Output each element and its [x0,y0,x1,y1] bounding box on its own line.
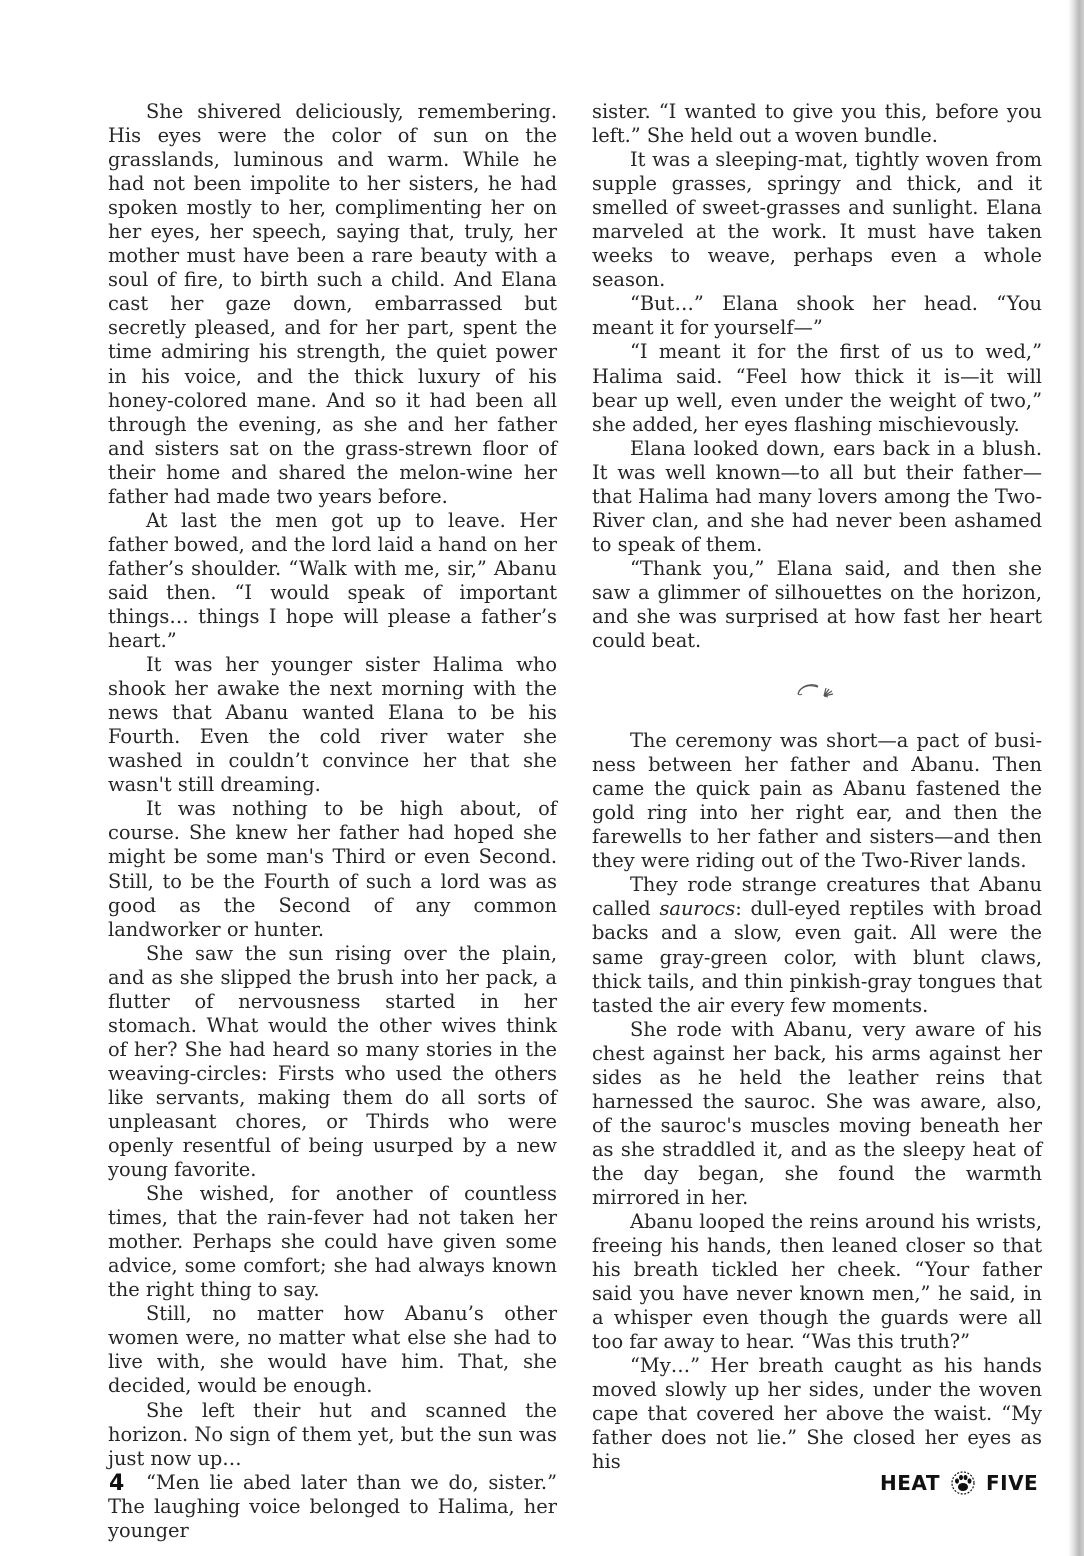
paragraph: Still, no matter how Abanu’s other women… [108,1302,557,1398]
paragraph: The ceremony was short—a pact of busi­ne… [592,729,1042,873]
left-column: She shivered deliciously, remembering. H… [108,100,557,1543]
paragraph: “Men lie abed later than we do, sister.”… [108,1471,557,1543]
page-number: 4 [109,1471,124,1496]
paragraph: They rode strange creatures that Abanu c… [592,873,1042,1017]
paragraph: She rode with Abanu, very aware of his c… [592,1018,1042,1210]
publication-title-right: FIVE [986,1471,1038,1495]
paragraph: “My…” Her breath caught as his hands mov… [592,1354,1042,1474]
paw-print-icon [950,1471,976,1495]
paragraph: “I meant it for the first of us to wed,”… [592,340,1042,436]
running-footer: HEAT FIVE [880,1471,1038,1495]
page-edge-shadow [1068,0,1084,1556]
scene-break [592,657,1042,727]
paragraph: It was her younger sister Halima who sho… [108,653,557,797]
paragraph: She shivered deliciously, remembering. H… [108,100,557,509]
paragraph: She saw the sun rising over the plain, a… [108,942,557,1182]
paragraph: She wished, for another of countless tim… [108,1182,557,1302]
paragraph: It was a sleeping-mat, tightly woven fro… [592,148,1042,292]
paragraph: It was nothing to be high about, of cour… [108,797,557,941]
paragraph: Abanu looped the reins around his wrists… [592,1210,1042,1354]
paragraph-continued: sister. “I wanted to give you this, befo… [592,100,1042,148]
paragraph: Elana looked down, ears back in a blush.… [592,437,1042,557]
italic-term: saurocs [659,897,735,920]
paragraph: At last the men got up to leave. Her fat… [108,509,557,653]
flourish-ornament-icon [794,678,840,706]
paragraph: “Thank you,” Elana said, and then she sa… [592,557,1042,653]
paragraph: “But…” Elana shook her head. “You meant … [592,292,1042,340]
right-column: sister. “I wanted to give you this, befo… [592,100,1042,1475]
paragraph: She left their hut and scanned the horiz… [108,1399,557,1471]
publication-title-left: HEAT [880,1471,940,1495]
